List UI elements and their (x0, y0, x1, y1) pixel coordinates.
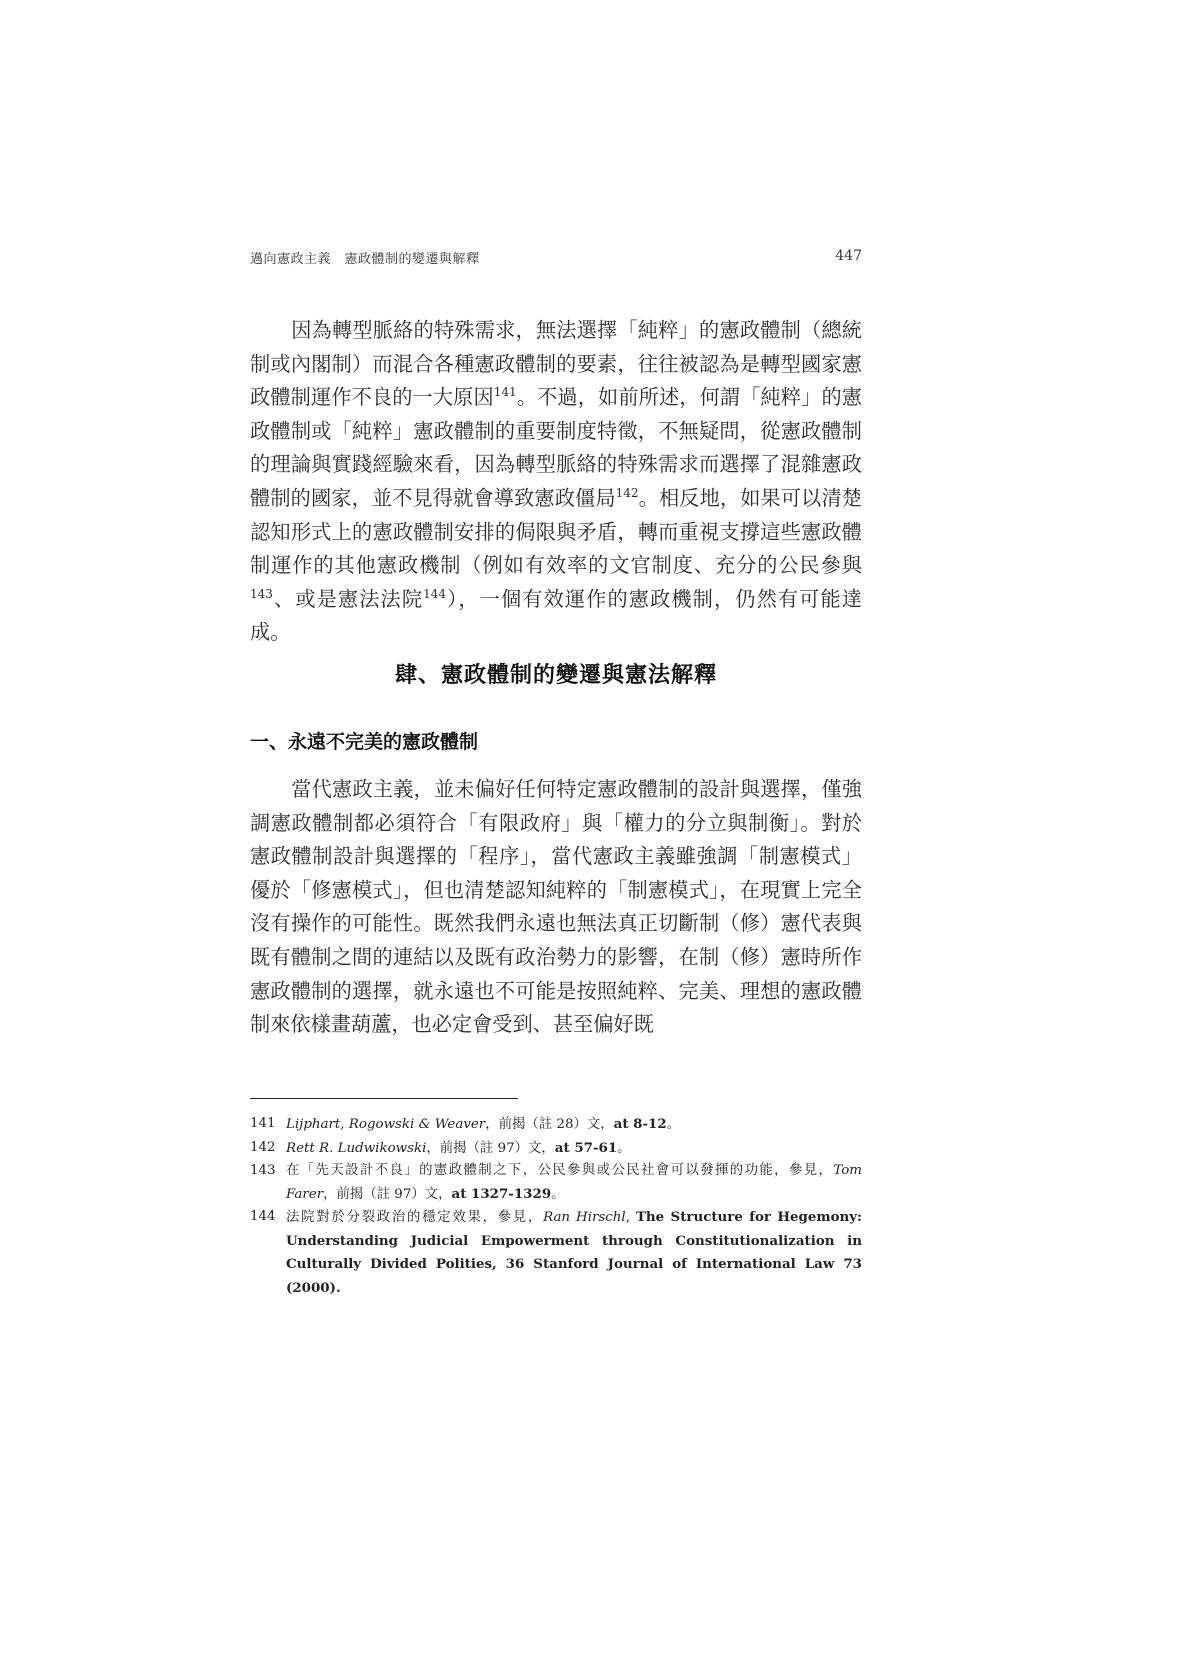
footnote-141: 141 Lijphart, Rogowski & Weaver，前揭（註 28）… (250, 1113, 862, 1137)
footnote-lead: 法院對於分裂政治的穩定效果，參見， (286, 1210, 543, 1225)
running-header: 邁向憲政主義 憲政體制的變遷與解釋 447 (250, 248, 862, 268)
footnote-ref-143[interactable]: 143 (250, 587, 273, 601)
section-heading: 肆、憲政體制的變遷與憲法解釋 (250, 658, 862, 689)
footnote-author: Rett R. Ludwikowski (286, 1141, 426, 1156)
footnote-pages: at 1327-1329 (452, 1186, 552, 1202)
footnote-body: 在「先天設計不良」的憲政體制之下，公民參與或公民社會可以發揮的功能，參見，Tom… (286, 1160, 862, 1206)
footnote-ref-141[interactable]: 141 (494, 385, 517, 399)
footnote-ref-text: ，前揭（註 97）文， (426, 1141, 554, 1156)
footnote-number: 141 (250, 1113, 286, 1137)
footnote-end: 。 (667, 1117, 680, 1132)
page-number: 447 (835, 248, 862, 264)
footnote-body: Rett R. Ludwikowski，前揭（註 97）文，at 57-61。 (286, 1137, 862, 1161)
footnote-ref-144[interactable]: 144 (423, 587, 446, 601)
footnote-ref-142[interactable]: 142 (616, 486, 639, 500)
body-paragraph-2: 當代憲政主義，並未偏好任何特定憲政體制的設計與選擇，僅強調憲政體制都必須符合「有… (250, 773, 862, 1042)
footnote-142: 142 Rett R. Ludwikowski，前揭（註 97）文，at 57-… (250, 1137, 862, 1161)
footnotes: 141 Lijphart, Rogowski & Weaver，前揭（註 28）… (250, 1113, 862, 1300)
body-paragraph-1: 因為轉型脈絡的特殊需求，無法選擇「純粹」的憲政體制（總統制或內閣制）而混合各種憲… (250, 314, 862, 650)
sub-heading: 一、永遠不完美的憲政體制 (250, 727, 478, 754)
footnote-author: Ran Hirschl (543, 1210, 626, 1225)
footnote-author: Lijphart, Rogowski & Weaver (286, 1117, 485, 1132)
footnote-ref-text: ，前揭（註 28）文， (485, 1117, 613, 1132)
footnote-divider (250, 1098, 518, 1099)
footnote-number: 142 (250, 1137, 286, 1161)
footnote-end: 。 (617, 1141, 630, 1156)
footnote-pages: at 8-12 (614, 1116, 667, 1132)
footnote-number: 144 (250, 1206, 286, 1300)
running-header-title: 邁向憲政主義 憲政體制的變遷與解釋 (250, 248, 480, 267)
footnote-144: 144 法院對於分裂政治的穩定效果，參見，Ran Hirschl, The St… (250, 1206, 862, 1300)
paragraph-text: 當代憲政主義，並未偏好任何特定憲政體制的設計與選擇，僅強調憲政體制都必須符合「有… (250, 777, 862, 1036)
footnote-143: 143 在「先天設計不良」的憲政體制之下，公民參與或公民社會可以發揮的功能，參見… (250, 1160, 862, 1206)
footnote-body: Lijphart, Rogowski & Weaver，前揭（註 28）文，at… (286, 1113, 862, 1137)
footnote-number: 143 (250, 1160, 286, 1206)
footnote-pages: at 57-61 (555, 1140, 617, 1156)
footnote-ref-text: ，前揭（註 97）文， (323, 1187, 451, 1202)
paragraph-text: 、或是憲法法院 (273, 587, 423, 611)
footnote-body: 法院對於分裂政治的穩定效果，參見，Ran Hirschl, The Struct… (286, 1206, 862, 1300)
footnote-lead: 在「先天設計不良」的憲政體制之下，公民參與或公民社會可以發揮的功能，參見， (286, 1163, 833, 1178)
footnote-end: 。 (551, 1187, 564, 1202)
